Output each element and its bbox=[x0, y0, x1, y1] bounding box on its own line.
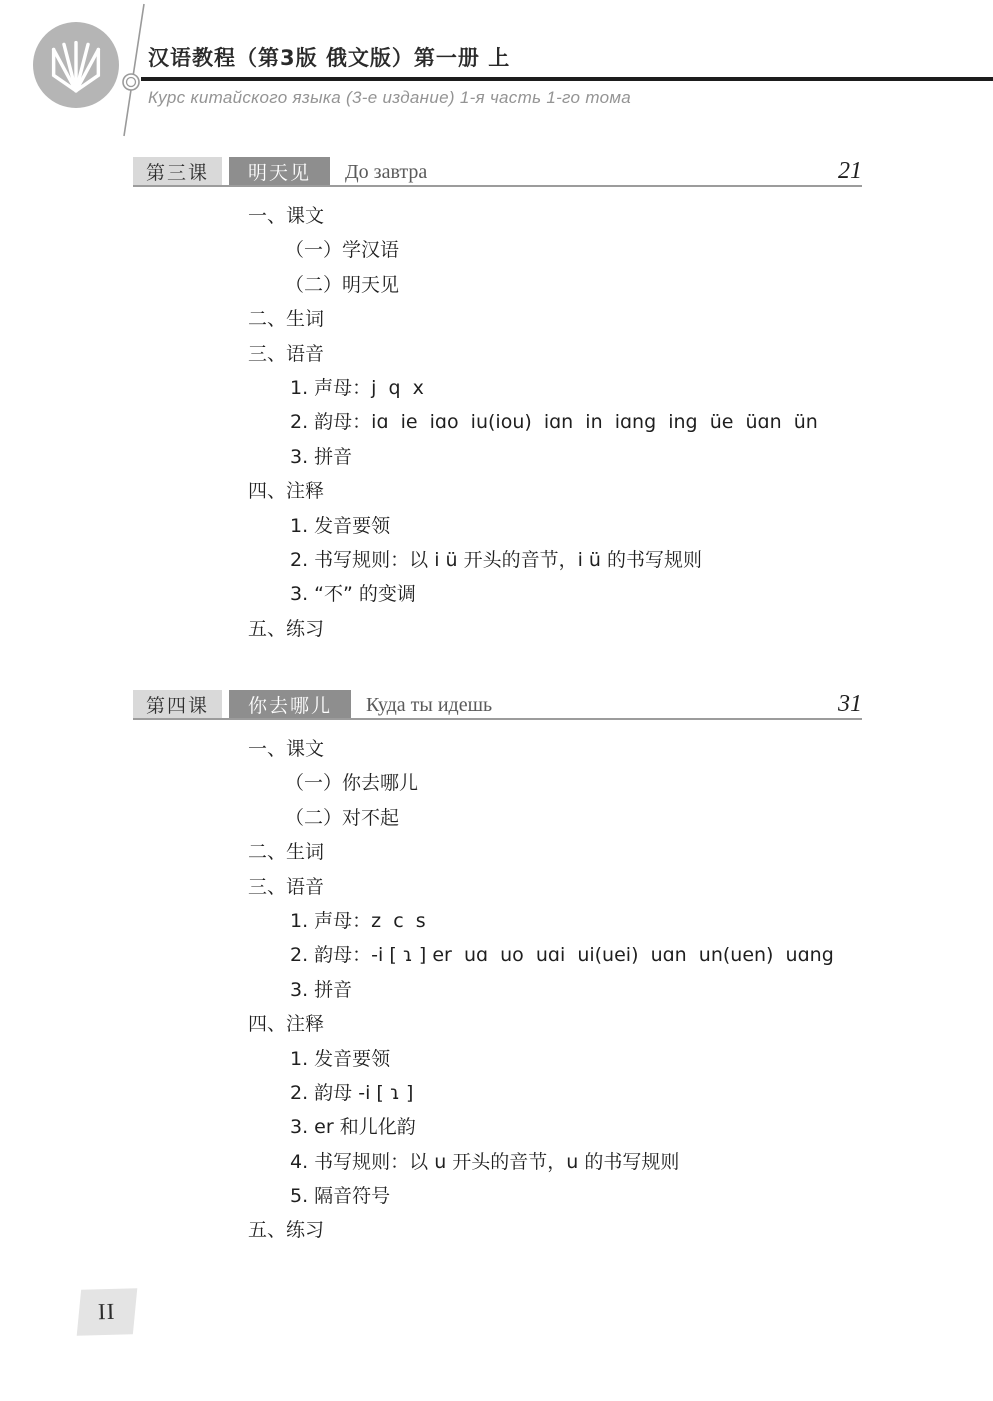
book-title-chinese: 汉语教程（第3版 俄文版）第一册 上 bbox=[148, 42, 510, 72]
lesson-4-toc-list: 一、课文 （一）你去哪儿 （二）对不起 二、生词 三、语音 1. 声母：z c … bbox=[133, 720, 862, 1248]
toc-item: 1. 声母：j q x bbox=[133, 371, 862, 405]
publisher-book-logo-icon bbox=[33, 22, 119, 108]
book-title-russian: Курс китайского языка (3-е издание) 1-я … bbox=[148, 88, 631, 108]
toc-item: 三、语音 bbox=[133, 870, 862, 904]
folio-page-number: II bbox=[98, 1299, 116, 1325]
lesson-4-section: 第四课 你去哪儿 Куда ты идешь 31 一、课文 （一）你去哪儿 （… bbox=[133, 690, 862, 1248]
toc-item: 五、练习 bbox=[133, 1213, 862, 1247]
banner-rule bbox=[141, 77, 993, 81]
toc-item: 2. 韵母：-i [ ɿ ] er uɑ uo uɑi ui(uei) uɑn … bbox=[133, 938, 862, 972]
toc-item: 三、语音 bbox=[133, 337, 862, 371]
toc-item: 五、练习 bbox=[133, 612, 862, 646]
toc-item: 5. 隔音符号 bbox=[133, 1179, 862, 1213]
toc-item: 四、注释 bbox=[133, 474, 862, 508]
lesson-3-header: 第三课 明天见 До завтра 21 bbox=[133, 157, 862, 187]
lesson-4-number-badge: 第四课 bbox=[133, 690, 222, 718]
lesson-3-title-russian: До завтра bbox=[345, 159, 427, 184]
lesson-4-header: 第四课 你去哪儿 Куда ты идешь 31 bbox=[133, 690, 862, 720]
lesson-3-toc-list: 一、课文 （一）学汉语 （二）明天见 二、生词 三、语音 1. 声母：j q x… bbox=[133, 187, 862, 646]
toc-item: 二、生词 bbox=[133, 835, 862, 869]
lesson-4-page-number: 31 bbox=[838, 692, 862, 718]
toc-item: 4. 书写规则：以 u 开头的音节，u 的书写规则 bbox=[133, 1145, 862, 1179]
toc-item: 2. 韵母 -i [ ɿ ] bbox=[133, 1076, 862, 1110]
toc-item: 1. 发音要领 bbox=[133, 509, 862, 543]
toc-item: 四、注释 bbox=[133, 1007, 862, 1041]
toc-item: 1. 声母：z c s bbox=[133, 904, 862, 938]
lesson-4-title-russian: Куда ты идешь bbox=[366, 692, 492, 717]
toc-item: （二）明天见 bbox=[133, 268, 862, 302]
toc-item: 3. 拼音 bbox=[133, 440, 862, 474]
lesson-3-title-chinese: 明天见 bbox=[229, 157, 330, 185]
lesson-4-title-chinese: 你去哪儿 bbox=[229, 690, 351, 718]
toc-item: 1. 发音要领 bbox=[133, 1042, 862, 1076]
toc-item: （二）对不起 bbox=[133, 801, 862, 835]
toc-item: 一、课文 bbox=[133, 732, 862, 766]
toc-item: 一、课文 bbox=[133, 199, 862, 233]
lesson-3-number-badge: 第三课 bbox=[133, 157, 222, 185]
toc-item: 2. 书写规则：以 i ü 开头的音节，i ü 的书写规则 bbox=[133, 543, 862, 577]
lesson-3-page-number: 21 bbox=[838, 159, 862, 185]
folio-badge: II bbox=[77, 1288, 138, 1335]
toc-item: 2. 韵母：iɑ ie iɑo iu(iou) iɑn in iɑng ing … bbox=[133, 405, 862, 439]
lesson-3-section: 第三课 明天见 До завтра 21 一、课文 （一）学汉语 （二）明天见 … bbox=[133, 157, 862, 646]
toc-item: （一）学汉语 bbox=[133, 233, 862, 267]
toc-item: （一）你去哪儿 bbox=[133, 766, 862, 800]
toc-item: 3. er 和儿化韵 bbox=[133, 1110, 862, 1144]
toc-item: 二、生词 bbox=[133, 302, 862, 336]
toc-item: 3. “不” 的变调 bbox=[133, 577, 862, 611]
book-page: 汉语教程（第3版 俄文版）第一册 上 Курс китайского языка… bbox=[0, 0, 993, 1401]
toc-item: 3. 拼音 bbox=[133, 973, 862, 1007]
